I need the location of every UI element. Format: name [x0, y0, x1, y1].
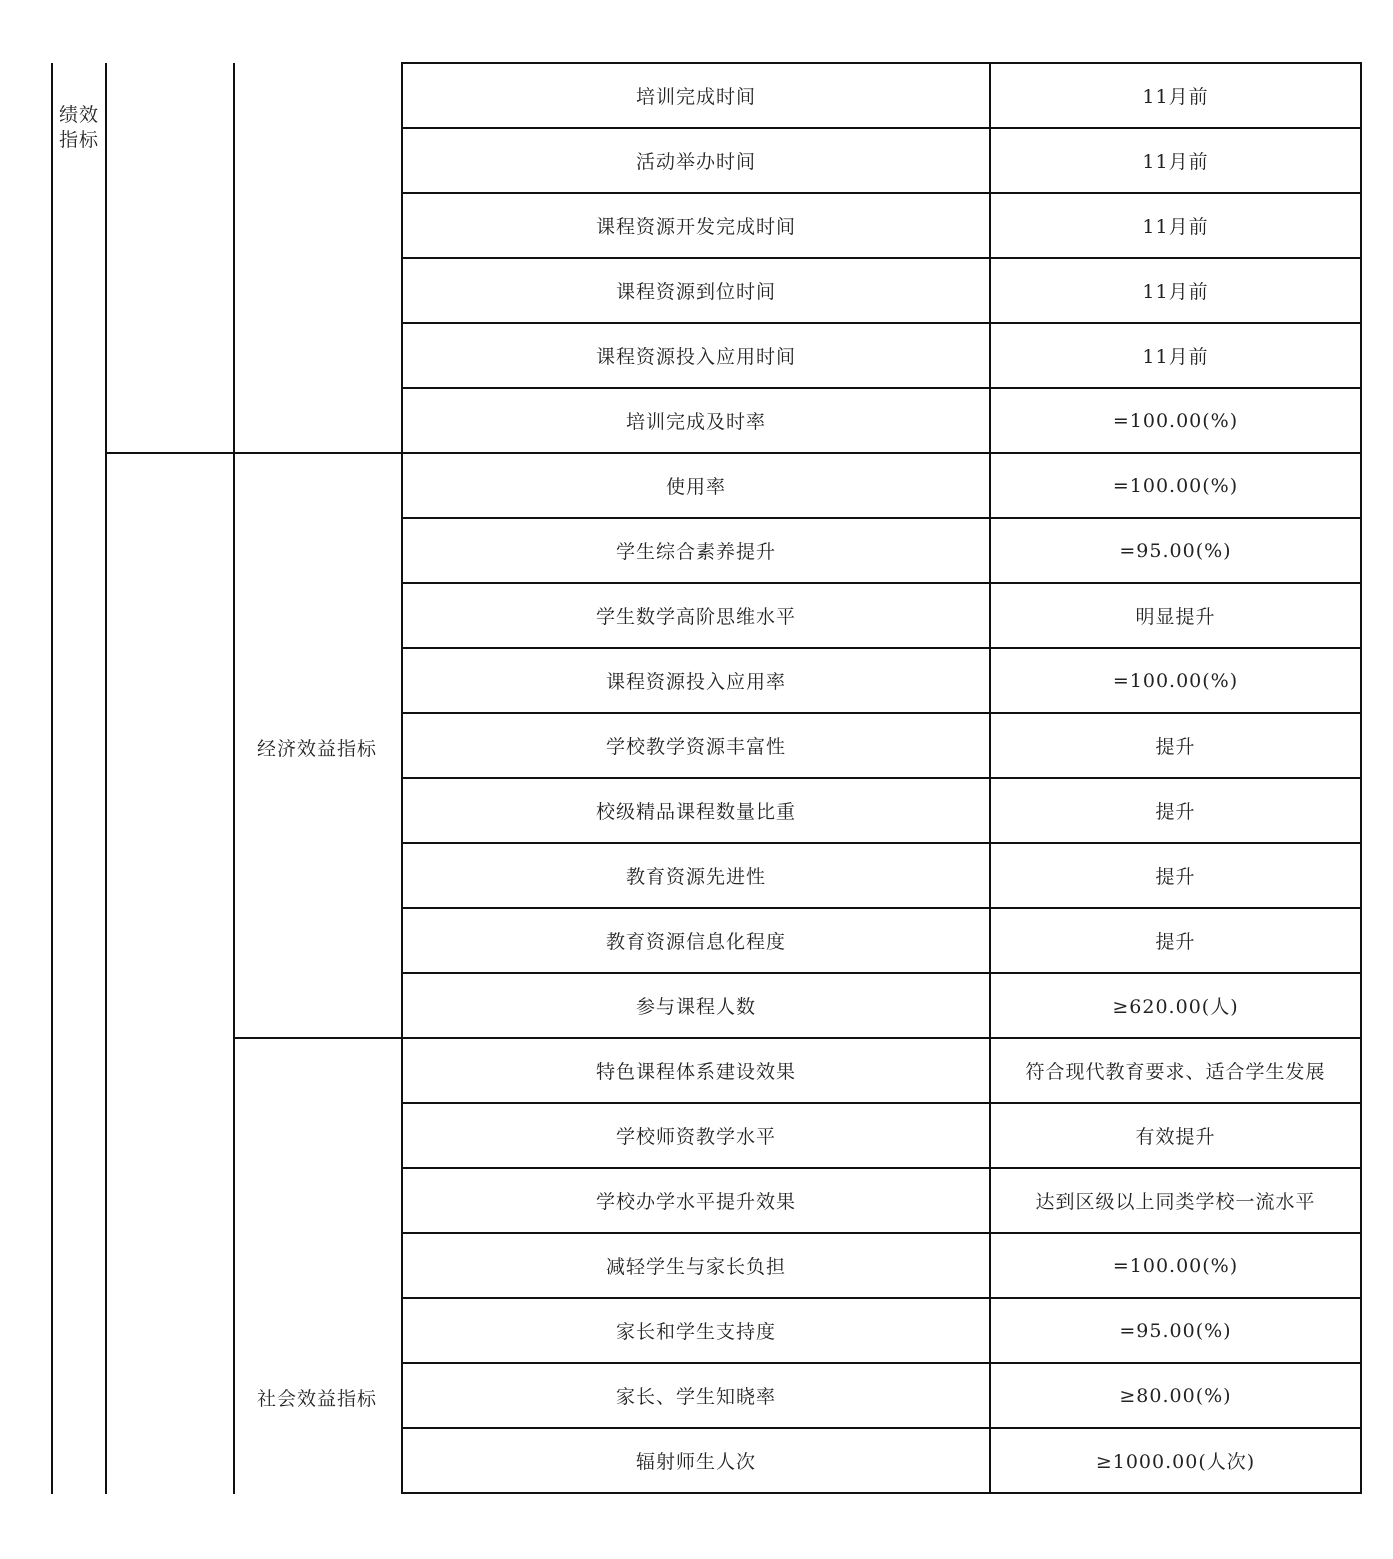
level1-label: 绩效 指标: [56, 103, 102, 153]
indicator-value-cell: =100.00(%): [991, 388, 1360, 453]
indicator-value-cell: 11月前: [991, 128, 1360, 193]
col-border-1: [51, 63, 53, 1494]
indicator-value-cell: =100.00(%): [991, 453, 1360, 518]
indicator-value-cell: 明显提升: [991, 583, 1360, 648]
level1-label-line-2: 指标: [56, 128, 102, 153]
indicator-value-cell: 符合现代教育要求、适合学生发展: [991, 1038, 1360, 1103]
indicator-value-cell: ≥80.00(%): [991, 1363, 1360, 1428]
indicator-name-cell: 学生综合素养提升: [403, 518, 989, 583]
col-border-3: [233, 63, 235, 1494]
col-border-2: [105, 63, 107, 1494]
group-label-social: 社会效益指标: [257, 1384, 377, 1411]
indicator-value-cell: =95.00(%): [991, 518, 1360, 583]
indicator-value-cell: =100.00(%): [991, 1233, 1360, 1298]
indicator-value-cell: =95.00(%): [991, 1298, 1360, 1363]
indicator-value-cell: 提升: [991, 908, 1360, 973]
indicator-value-cell: 11月前: [991, 193, 1360, 258]
indicator-value-cell: 有效提升: [991, 1103, 1360, 1168]
indicator-value-cell: 11月前: [991, 323, 1360, 388]
indicator-value-cell: =100.00(%): [991, 648, 1360, 713]
indicator-name-cell: 减轻学生与家长负担: [403, 1233, 989, 1298]
group-label-economic: 经济效益指标: [257, 734, 377, 761]
indicator-name-cell: 学校教学资源丰富性: [403, 713, 989, 778]
indicator-name-cell: 课程资源投入应用率: [403, 648, 989, 713]
indicator-name-cell: 校级精品课程数量比重: [403, 778, 989, 843]
indicator-name-cell: 培训完成及时率: [403, 388, 989, 453]
section-divider-output-outcome: [105, 452, 402, 454]
indicator-value-cell: ≥620.00(人): [991, 973, 1360, 1038]
indicator-name-cell: 使用率: [403, 453, 989, 518]
row-border: [401, 1492, 1362, 1494]
level1-label-line-1: 绩效: [56, 103, 102, 128]
indicator-name-cell: 课程资源投入应用时间: [403, 323, 989, 388]
indicator-name-cell: 家长和学生支持度: [403, 1298, 989, 1363]
indicator-value-cell: ≥1000.00(人次): [991, 1428, 1360, 1493]
indicator-value-cell: 11月前: [991, 258, 1360, 323]
indicator-name-cell: 学校师资教学水平: [403, 1103, 989, 1168]
indicator-value-cell: 提升: [991, 778, 1360, 843]
indicator-name-cell: 家长、学生知晓率: [403, 1363, 989, 1428]
section-divider-econ-social: [233, 1037, 402, 1039]
indicator-name-cell: 教育资源信息化程度: [403, 908, 989, 973]
indicator-value-cell: 提升: [991, 843, 1360, 908]
indicator-name-cell: 辐射师生人次: [403, 1428, 989, 1493]
indicator-name-cell: 课程资源开发完成时间: [403, 193, 989, 258]
indicator-name-cell: 培训完成时间: [403, 63, 989, 128]
indicator-name-cell: 参与课程人数: [403, 973, 989, 1038]
indicator-value-cell: 提升: [991, 713, 1360, 778]
indicator-name-cell: 教育资源先进性: [403, 843, 989, 908]
indicator-value-cell: 达到区级以上同类学校一流水平: [991, 1168, 1360, 1233]
indicator-name-cell: 学校办学水平提升效果: [403, 1168, 989, 1233]
indicator-name-cell: 特色课程体系建设效果: [403, 1038, 989, 1103]
indicator-value-cell: 11月前: [991, 63, 1360, 128]
indicator-name-cell: 课程资源到位时间: [403, 258, 989, 323]
indicator-name-cell: 学生数学高阶思维水平: [403, 583, 989, 648]
indicator-name-cell: 活动举办时间: [403, 128, 989, 193]
